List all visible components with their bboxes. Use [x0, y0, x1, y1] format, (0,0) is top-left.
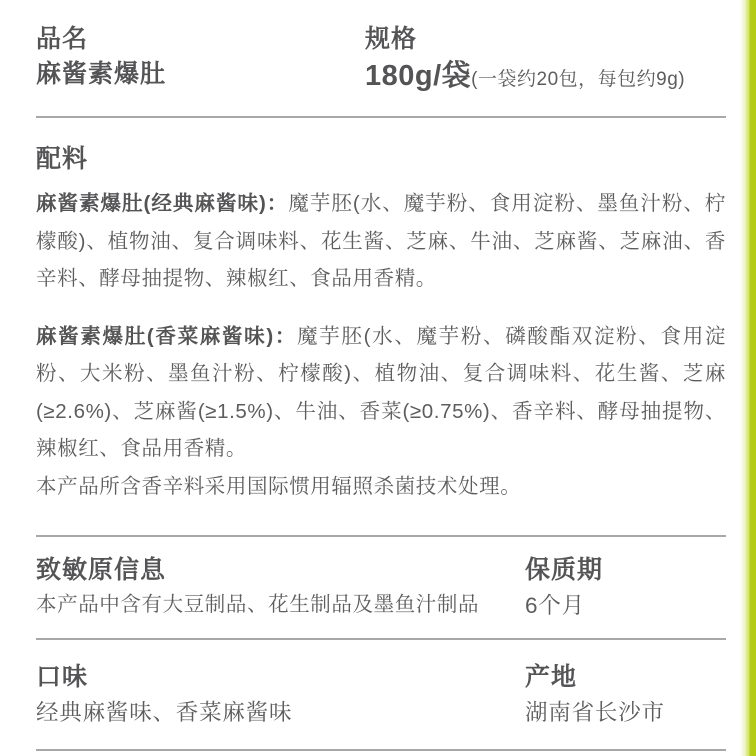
irradiation-note: 本产品所含香辛料采用国际惯用辐照杀菌技术处理。 — [36, 468, 726, 506]
spec-note: (一袋约20包，每包约9g) — [471, 69, 685, 90]
ingredients-paragraph-classic: 麻酱素爆肚(经典麻酱味)：魔芋胚(水、魔芋粉、食用淀粉、墨鱼汁粉、柠檬酸)、植物… — [36, 185, 726, 298]
origin-value: 湖南省长沙市 — [525, 695, 726, 731]
allergen-block: 致敏原信息 本产品中含有大豆制品、花生制品及墨鱼汁制品 — [36, 553, 525, 624]
origin-block: 产地 湖南省长沙市 — [525, 660, 726, 731]
spec-label: 规格 — [365, 22, 726, 57]
spec-value: 180g/袋 — [365, 60, 471, 92]
allergen-shelf-row: 致敏原信息 本产品中含有大豆制品、花生制品及墨鱼汁制品 保质期 6个月 — [36, 537, 726, 640]
ingredients-paragraph-cilantro: 麻酱素爆肚(香菜麻酱味)：魔芋胚(水、魔芋粉、磷酸酯双淀粉、食用淀粉、大米粉、墨… — [36, 318, 726, 468]
shelf-life-heading: 保质期 — [525, 553, 726, 588]
ingredients-lead-classic: 麻酱素爆肚(经典麻酱味)： — [36, 192, 288, 215]
product-info-panel: 品名 麻酱素爆肚 规格 180g/袋(一袋约20包，每包约9g) 配料 麻酱素爆… — [36, 0, 726, 751]
allergen-body: 本产品中含有大豆制品、花生制品及墨鱼汁制品 — [36, 588, 525, 622]
flavor-heading: 口味 — [36, 660, 525, 695]
name-spec-row: 品名 麻酱素爆肚 规格 180g/袋(一袋约20包，每包约9g) — [36, 0, 726, 118]
flavor-block: 口味 经典麻酱味、香菜麻酱味 — [36, 660, 525, 731]
spec-block: 规格 180g/袋(一袋约20包，每包约9g) — [365, 22, 726, 100]
shelf-life-block: 保质期 6个月 — [525, 553, 726, 624]
spec-value-line: 180g/袋(一袋约20包，每包约9g) — [365, 57, 726, 100]
product-name-block: 品名 麻酱素爆肚 — [36, 22, 365, 100]
allergen-heading: 致敏原信息 — [36, 553, 525, 588]
product-name-value: 麻酱素爆肚 — [36, 57, 365, 92]
right-accent-strip — [740, 0, 756, 756]
origin-heading: 产地 — [525, 660, 726, 695]
product-name-label: 品名 — [36, 22, 365, 57]
flavor-value: 经典麻酱味、香菜麻酱味 — [36, 695, 525, 731]
ingredients-section: 配料 麻酱素爆肚(经典麻酱味)：魔芋胚(水、魔芋粉、食用淀粉、墨鱼汁粉、柠檬酸)… — [36, 118, 726, 537]
ingredients-heading: 配料 — [36, 142, 726, 177]
shelf-life-value: 6个月 — [525, 588, 726, 624]
ingredients-lead-cilantro: 麻酱素爆肚(香菜麻酱味)： — [36, 325, 297, 348]
flavor-origin-row: 口味 经典麻酱味、香菜麻酱味 产地 湖南省长沙市 — [36, 640, 726, 751]
